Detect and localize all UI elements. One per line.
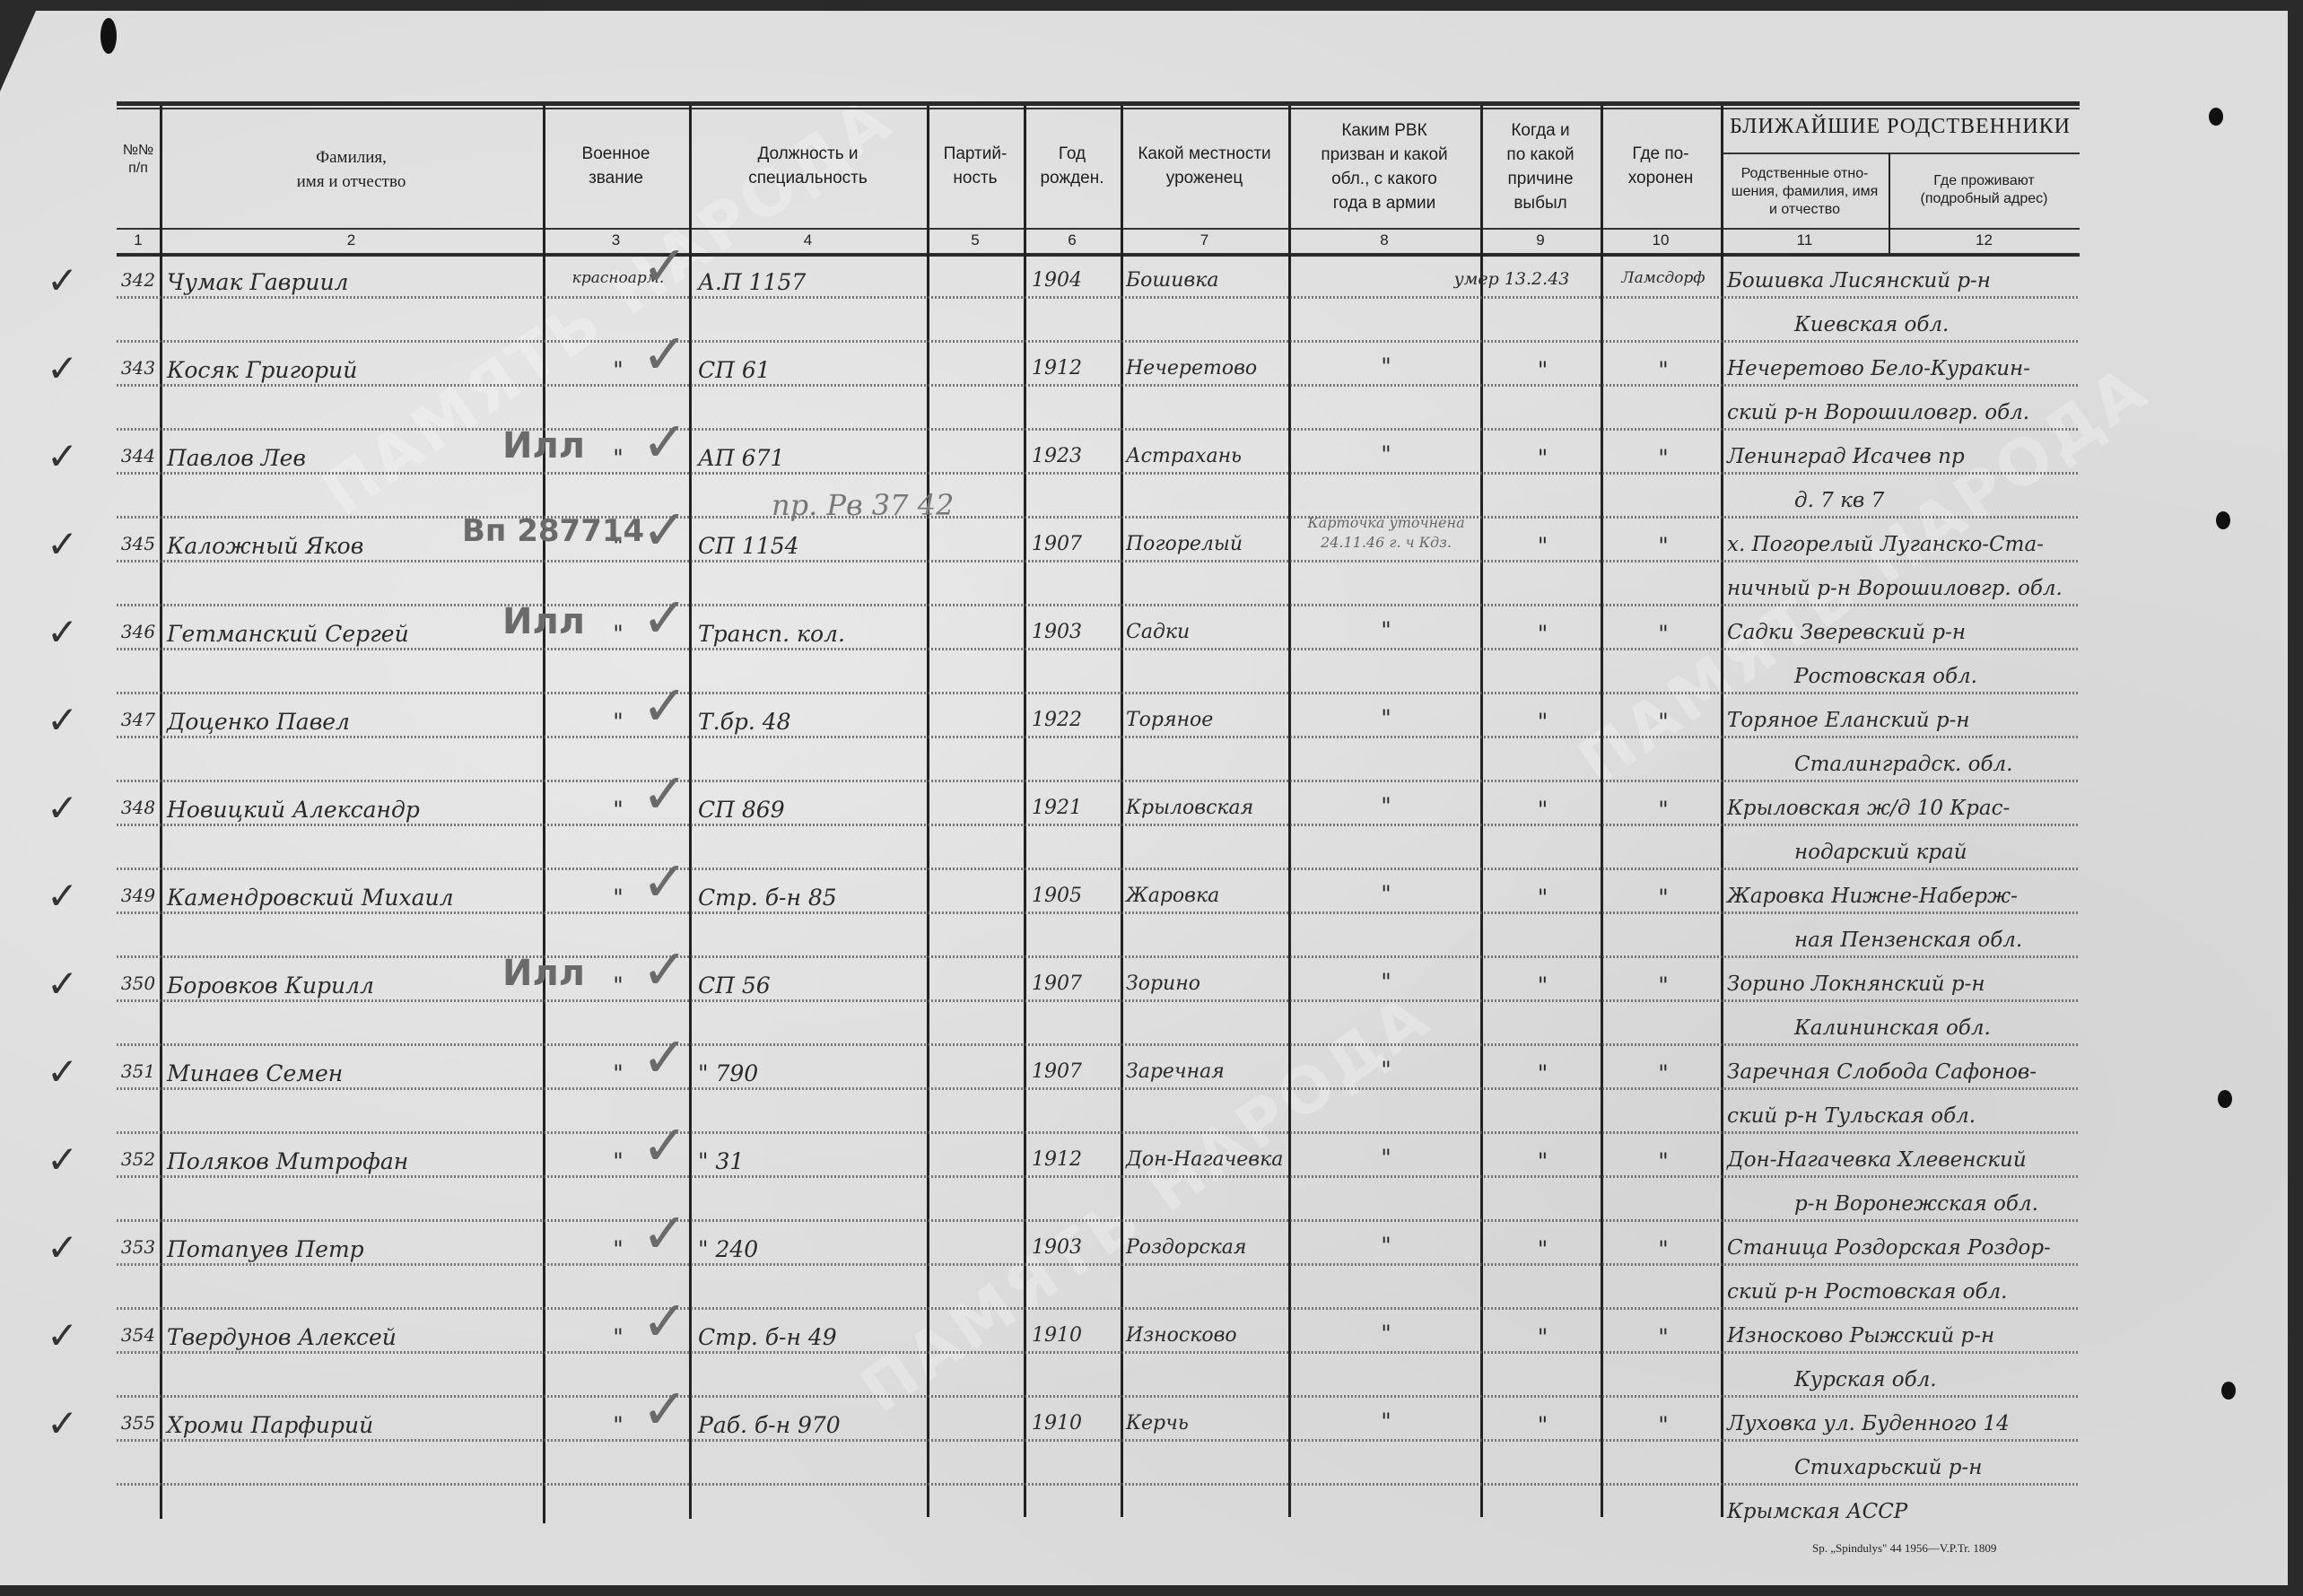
- ruling-line: [117, 1351, 2080, 1354]
- header-col-12: Где проживают(подробный адрес): [1889, 172, 2080, 208]
- cell-buried: ": [1606, 1324, 1721, 1350]
- ruling-line: [117, 1219, 2080, 1222]
- cell-relative-address: ский р-н Тульская обл.: [1727, 1104, 1976, 1128]
- cell-born: 1903: [1032, 621, 1121, 643]
- table-top-border: [117, 101, 2080, 106]
- cell-name: Хроми Парфирий: [167, 1412, 544, 1438]
- margin-tick-icon: ✓: [47, 962, 78, 1006]
- cell-left: ": [1485, 445, 1601, 471]
- cell-num: 355: [117, 1412, 160, 1434]
- cell-left: ": [1485, 709, 1601, 735]
- cell-born: 1907: [1032, 972, 1121, 995]
- pencil-annotation: Илл: [502, 601, 585, 642]
- cell-relative-address: Сталинградск. обл.: [1794, 753, 2012, 776]
- cell-native: Погорелый: [1126, 533, 1288, 555]
- cell-rvk: ": [1292, 797, 1480, 816]
- ruling-line: [117, 1087, 2080, 1090]
- ruling-line: [117, 1043, 2080, 1046]
- col-divider: [1480, 106, 1483, 1517]
- cell-rvk: ": [1292, 709, 1480, 728]
- check-mark-icon: ✓: [641, 585, 688, 650]
- cell-num: 345: [117, 533, 160, 554]
- ruling-line: [117, 1307, 2080, 1310]
- column-number: 7: [1121, 231, 1288, 249]
- cell-name: Поляков Митрофан: [167, 1148, 544, 1174]
- punch-hole: [100, 18, 117, 54]
- cell-buried: ": [1606, 357, 1721, 383]
- cell-left: ": [1485, 885, 1601, 911]
- cell-left: ": [1485, 1324, 1601, 1350]
- col-divider: [1024, 106, 1026, 1517]
- column-number: 6: [1024, 231, 1121, 249]
- ruling-line: [117, 780, 2080, 782]
- pencil-annotation: Илл: [502, 953, 585, 994]
- cell-left: ": [1485, 1236, 1601, 1262]
- ruling-line: [117, 824, 2080, 826]
- header-col-9: Когда ипо какой причиневыбыл: [1480, 118, 1601, 215]
- cell-num: 353: [117, 1236, 160, 1258]
- ruling-line: [117, 296, 2080, 299]
- cell-native: Жаровка: [1126, 885, 1288, 907]
- cell-buried: ": [1606, 1148, 1721, 1174]
- cell-left: ": [1485, 1148, 1601, 1174]
- ruling-line: [117, 1131, 2080, 1134]
- check-mark-icon: ✓: [641, 937, 688, 1002]
- cell-native: Дон-Нагачевка: [1126, 1148, 1288, 1171]
- cell-relative-address: Калининская обл.: [1794, 1016, 1991, 1040]
- cell-born: 1903: [1032, 1236, 1121, 1259]
- cell-relative-address: Курская обл.: [1794, 1368, 1937, 1391]
- header-col-1: №№п/п: [117, 142, 160, 178]
- column-number: 4: [689, 231, 927, 249]
- pencil-annotation: Вп 287714: [462, 513, 644, 549]
- col-divider: [927, 106, 929, 1517]
- cell-rvk: ": [1292, 445, 1480, 465]
- cell-name: Боровков Кирилл: [167, 972, 544, 999]
- header-col-7: Какой местностиуроженец: [1121, 142, 1288, 190]
- cell-left: ": [1485, 1060, 1601, 1086]
- cell-rvk: ": [1292, 1412, 1480, 1432]
- cell-num: 351: [117, 1060, 160, 1082]
- cell-relative-address: Торяное Еланский р-н: [1727, 709, 1970, 732]
- margin-tick-icon: ✓: [47, 698, 78, 742]
- cell-born: 1921: [1032, 797, 1121, 819]
- ruling-line: [117, 1175, 2080, 1178]
- margin-tick-icon: ✓: [47, 1401, 78, 1445]
- cell-left: умер 13.2.43: [1426, 269, 1597, 289]
- cell-relative-address: Садки Зверевский р-н: [1727, 621, 1966, 644]
- header-divider: [117, 253, 2080, 257]
- cell-relative-address: Износково Рыжский р-н: [1727, 1324, 1994, 1347]
- cell-buried: ": [1606, 1412, 1721, 1438]
- ruling-line: [117, 1263, 2080, 1266]
- header-col-8: Каким РВКпризван и какой обл., с какогог…: [1288, 118, 1480, 215]
- cell-name: Новицкий Александр: [167, 797, 544, 823]
- pencil-annotation: Илл: [502, 425, 585, 467]
- cell-relative-address: Дон-Нагачевка Хлевенский: [1727, 1148, 2027, 1172]
- check-mark-icon: ✓: [641, 233, 688, 299]
- cell-rvk: ": [1292, 972, 1480, 992]
- margin-tick-icon: ✓: [47, 258, 78, 302]
- punch-hole: [2209, 108, 2223, 126]
- cell-name: Гетманский Сергей: [167, 621, 544, 647]
- cell-left: ": [1485, 357, 1601, 383]
- cell-born: 1907: [1032, 1060, 1121, 1083]
- margin-tick-icon: ✓: [47, 786, 78, 830]
- cell-rvk: ": [1292, 1060, 1480, 1080]
- col-divider: [1121, 106, 1123, 1517]
- cell-buried: ": [1606, 797, 1721, 823]
- check-mark-icon: ✓: [641, 1288, 688, 1354]
- cell-name: Камендровский Михаил: [167, 885, 544, 911]
- cell-num: 354: [117, 1324, 160, 1346]
- col-divider: [1601, 106, 1603, 1517]
- ruling-line: [117, 516, 2080, 519]
- check-mark-icon: ✓: [641, 1025, 688, 1090]
- margin-tick-icon: ✓: [47, 434, 78, 478]
- cell-left: ": [1485, 1412, 1601, 1438]
- margin-tick-icon: ✓: [47, 874, 78, 918]
- cell-born: 1910: [1032, 1412, 1121, 1435]
- ruling-line: [117, 428, 2080, 431]
- cell-native: Роздорская: [1126, 1236, 1288, 1259]
- ruling-line: [117, 384, 2080, 387]
- column-number: 1: [117, 231, 160, 249]
- header-divider: [117, 228, 2080, 230]
- cell-rvk: ": [1292, 357, 1480, 377]
- relatives-title: БЛИЖАЙШИЕ РОДСТВЕННИКИ: [1721, 115, 2080, 139]
- cell-native: Астрахань: [1126, 445, 1288, 467]
- cell-native: Торяное: [1126, 709, 1288, 731]
- column-number: 10: [1601, 231, 1721, 249]
- ruling-line: [117, 604, 2080, 606]
- ruling-line: [117, 340, 2080, 343]
- cell-relative-address: ная Пензенская обл.: [1794, 929, 2022, 952]
- cell-rvk: ": [1292, 621, 1480, 641]
- cell-relative-address: Крымская АССР: [1727, 1500, 1907, 1523]
- cell-rvk: Карточка уточнена 24.11.46 г. ч Кдз.: [1292, 513, 1480, 553]
- ruling-line: [117, 692, 2080, 694]
- margin-tick-icon: ✓: [47, 346, 78, 390]
- cell-native: Износково: [1126, 1324, 1288, 1347]
- cell-born: 1910: [1032, 1324, 1121, 1347]
- cell-num: 352: [117, 1148, 160, 1170]
- column-number: 8: [1288, 231, 1480, 249]
- cell-relative-address: р-н Воронежская обл.: [1794, 1192, 2038, 1216]
- cell-left: ": [1485, 797, 1601, 823]
- cell-buried: ": [1606, 1236, 1721, 1262]
- cell-relative-address: Стихарьский р-н: [1794, 1456, 1982, 1479]
- margin-tick-icon: ✓: [47, 1050, 78, 1094]
- cell-num: 349: [117, 885, 160, 906]
- ruling-line: [117, 648, 2080, 650]
- cell-num: 346: [117, 621, 160, 642]
- cell-position: Стр. б-н 85: [698, 885, 927, 911]
- cell-name: Доценко Павел: [167, 709, 544, 735]
- cell-position: СП 869: [698, 797, 927, 823]
- header-col-10: Где по-хоронен: [1601, 142, 1721, 190]
- cell-relative-address: Зорино Локнянский р-н: [1727, 972, 1985, 996]
- cell-born: 1923: [1032, 445, 1121, 467]
- cell-position: " 240: [698, 1236, 927, 1262]
- header-col-2: Фамилия,имя и отчество: [160, 145, 543, 194]
- cell-position: Раб. б-н 970: [698, 1412, 927, 1438]
- cell-native: Керчь: [1126, 1412, 1288, 1435]
- printer-imprint: Sp. „Spindulys" 44 1956—V.P.Tr. 1809: [1812, 1541, 1996, 1556]
- cell-buried: ": [1606, 972, 1721, 999]
- cell-relative-address: Жаровка Нижне-Наберж-: [1727, 885, 2018, 908]
- cell-relative-address: ничный р-н Ворошиловгр. обл.: [1727, 577, 2063, 600]
- cell-born: 1905: [1032, 885, 1121, 907]
- cell-buried: ": [1606, 709, 1721, 735]
- margin-tick-icon: ✓: [47, 610, 78, 654]
- header-col-3: Военноезвание: [543, 142, 689, 190]
- cell-num: 343: [117, 357, 160, 379]
- cell-position: " 31: [698, 1148, 927, 1174]
- cell-buried: ": [1606, 621, 1721, 647]
- cell-relative-address: Крыловская ж/д 10 Крас-: [1727, 797, 2010, 820]
- cell-num: 344: [117, 445, 160, 467]
- cell-position: Стр. б-н 49: [698, 1324, 927, 1350]
- cell-relative-address: Станица Роздорская Роздор-: [1727, 1236, 2051, 1260]
- check-mark-icon: ✓: [641, 1376, 688, 1442]
- ruling-line: [117, 911, 2080, 914]
- margin-tick-icon: ✓: [47, 1225, 78, 1269]
- ruling-line: [117, 560, 2080, 563]
- table-top-border: [117, 108, 2080, 109]
- cell-native: Зорино: [1126, 972, 1288, 995]
- cell-relative-address: Бошивка Лисянский р-н: [1727, 269, 1991, 292]
- margin-tick-icon: ✓: [47, 1313, 78, 1357]
- cell-num: 347: [117, 709, 160, 730]
- cell-position: Трансп. кол.: [698, 621, 927, 647]
- ruling-line: [117, 868, 2080, 870]
- cell-name: Чумак Гавриил: [167, 269, 544, 295]
- cell-relative-address: нодарский край: [1794, 841, 1967, 864]
- column-number: 12: [1889, 231, 2080, 249]
- cell-buried: ": [1606, 885, 1721, 911]
- cell-num: 350: [117, 972, 160, 994]
- cell-relative-address: х. Погорелый Луганско-Ста-: [1727, 533, 2044, 556]
- cell-native: Заречная: [1126, 1060, 1288, 1083]
- check-mark-icon: ✓: [641, 409, 688, 475]
- margin-tick-icon: ✓: [47, 522, 78, 566]
- cell-buried: Ламсдорф: [1606, 269, 1721, 287]
- cell-relative-address: Заречная Слобода Сафонов-: [1727, 1060, 2037, 1084]
- punch-hole: [2221, 1382, 2236, 1400]
- cell-relative-address: д. 7 кв 7: [1794, 489, 1884, 512]
- relatives-divider: [1721, 153, 2080, 154]
- cell-buried: ": [1606, 445, 1721, 471]
- cell-position: Т.бр. 48: [698, 709, 927, 735]
- cell-born: 1922: [1032, 709, 1121, 731]
- cell-position: АП 671: [698, 445, 927, 471]
- cell-name: Твердунов Алексей: [167, 1324, 544, 1350]
- header-col-4: Должность испециальность: [689, 142, 927, 190]
- cell-left: ": [1485, 533, 1601, 559]
- cell-born: 1904: [1032, 269, 1121, 292]
- punch-hole: [2218, 1090, 2232, 1108]
- cell-born: 1912: [1032, 1148, 1121, 1171]
- cell-position: СП 1154: [698, 533, 927, 559]
- cell-rvk: ": [1292, 885, 1480, 904]
- column-number: 11: [1721, 231, 1889, 249]
- pencil-annotation: пр. Рв 37 42: [772, 488, 954, 522]
- cell-rvk: ": [1292, 1324, 1480, 1344]
- ruling-line: [117, 736, 2080, 738]
- cell-num: 342: [117, 269, 160, 291]
- cell-left: ": [1485, 621, 1601, 647]
- punch-hole: [2216, 511, 2230, 529]
- ruling-line: [117, 1395, 2080, 1398]
- cell-buried: ": [1606, 533, 1721, 559]
- check-mark-icon: ✓: [641, 1112, 688, 1178]
- cell-born: 1907: [1032, 533, 1121, 555]
- column-number: 5: [927, 231, 1024, 249]
- cell-position: " 790: [698, 1060, 927, 1086]
- ruling-line: [117, 1439, 2080, 1442]
- cell-native: Бошивка: [1126, 269, 1288, 292]
- col-divider: [1288, 106, 1291, 1517]
- margin-tick-icon: ✓: [47, 1138, 78, 1182]
- col-divider: [1721, 106, 1723, 1517]
- ruling-line: [117, 1483, 2080, 1486]
- column-number: 2: [160, 231, 543, 249]
- ruling-line: [117, 999, 2080, 1002]
- cell-position: А.П 1157: [698, 269, 927, 295]
- cell-relative-address: Нечеретово Бело-Куракин-: [1727, 357, 2030, 380]
- cell-num: 348: [117, 797, 160, 818]
- check-mark-icon: ✓: [641, 321, 688, 387]
- cell-relative-address: ский р-н Ворошиловгр. обл.: [1727, 401, 2029, 424]
- header-col-6: Годрожден.: [1024, 142, 1121, 190]
- cell-left: ": [1485, 972, 1601, 999]
- cell-buried: ": [1606, 1060, 1721, 1086]
- check-mark-icon: ✓: [641, 673, 688, 738]
- header-col-11: Родственные отно-шения, фамилия, имяи от…: [1721, 165, 1889, 219]
- cell-relative-address: Ростовская обл.: [1794, 665, 1977, 688]
- cell-relative-address: Луховка ул. Буденного 14: [1727, 1412, 2010, 1435]
- cell-name: Потапуев Петр: [167, 1236, 544, 1262]
- cell-native: Крыловская: [1126, 797, 1288, 819]
- ruling-line: [117, 955, 2080, 958]
- check-mark-icon: ✓: [641, 1200, 688, 1266]
- cell-rvk: ": [1292, 1148, 1480, 1168]
- cell-born: 1912: [1032, 357, 1121, 379]
- cell-position: СП 56: [698, 972, 927, 999]
- cell-name: Косяк Григорий: [167, 357, 544, 383]
- cell-relative-address: Ленинград Исачев пр: [1727, 445, 1965, 468]
- cell-relative-address: ский р-н Ростовская обл.: [1727, 1280, 2007, 1304]
- cell-relative-address: Киевская обл.: [1794, 313, 1949, 336]
- cell-native: Нечеретово: [1126, 357, 1288, 379]
- cell-position: СП 61: [698, 357, 927, 383]
- cell-native: Садки: [1126, 621, 1288, 643]
- check-mark-icon: ✓: [641, 761, 688, 826]
- column-number: 9: [1480, 231, 1601, 249]
- header-col-5: Партий-ность: [927, 142, 1024, 190]
- cell-rvk: ": [1292, 1236, 1480, 1256]
- cell-name: Павлов Лев: [167, 445, 544, 471]
- check-mark-icon: ✓: [641, 497, 688, 563]
- check-mark-icon: ✓: [641, 849, 688, 914]
- cell-name: Минаев Семен: [167, 1060, 544, 1086]
- ruling-line: [117, 472, 2080, 475]
